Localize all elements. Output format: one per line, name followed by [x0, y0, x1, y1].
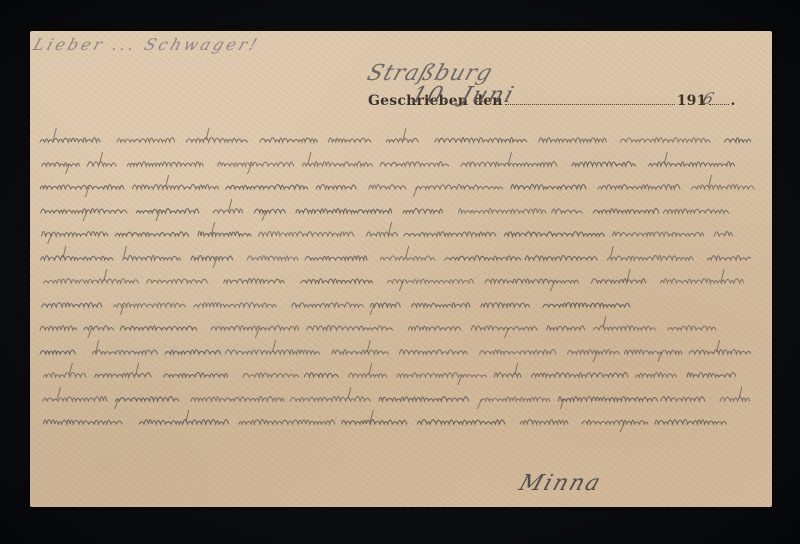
handwritten-word	[689, 349, 751, 353]
handwritten-word	[123, 255, 181, 259]
handwritten-word	[720, 397, 750, 401]
handwritten-word	[399, 349, 467, 353]
handwritten-word	[87, 161, 116, 165]
handwritten-greeting: Lieber ... Schwager!	[31, 35, 262, 54]
handwritten-word	[539, 138, 606, 142]
handwritten-word	[397, 373, 487, 377]
handwritten-word	[218, 162, 294, 166]
handwritten-word	[471, 326, 537, 330]
handwritten-word	[43, 420, 122, 424]
handwritten-word	[480, 349, 556, 353]
handwritten-line	[36, 291, 766, 315]
handwritten-word	[572, 161, 635, 165]
handwritten-word	[613, 232, 704, 236]
handwritten-word	[525, 255, 597, 259]
handwritten-word	[226, 185, 308, 189]
handwritten-word	[403, 208, 442, 212]
handwritten-word	[247, 255, 298, 259]
handwritten-line	[36, 314, 766, 338]
handwritten-line	[36, 150, 766, 174]
handwritten-word	[708, 255, 751, 259]
handwritten-word	[191, 255, 232, 259]
handwritten-word	[194, 302, 277, 306]
handwritten-body	[36, 126, 766, 432]
handwritten-word	[547, 326, 585, 330]
handwritten-word	[582, 420, 648, 424]
handwritten-word	[114, 302, 185, 306]
handwritten-word	[147, 279, 208, 283]
handwritten-word	[349, 373, 387, 377]
handwritten-word	[213, 208, 242, 212]
handwritten-line	[36, 385, 766, 409]
handwritten-word	[43, 396, 107, 400]
handwritten-word	[136, 208, 198, 212]
handwritten-word	[41, 255, 113, 259]
handwritten-line	[36, 267, 766, 291]
handwritten-word	[224, 279, 284, 283]
handwritten-word	[558, 396, 657, 400]
handwritten-word	[93, 349, 158, 353]
handwritten-line	[36, 197, 766, 221]
postcard: Lieber ... Schwager! Straßburg Geschrieb…	[30, 31, 772, 507]
handwritten-word	[139, 420, 228, 424]
handwritten-word	[186, 138, 247, 142]
handwritten-word	[552, 208, 583, 212]
handwritten-word	[655, 420, 726, 424]
handwritten-line	[36, 408, 766, 432]
handwritten-word	[41, 208, 127, 212]
handwritten-date: 10. Juni	[408, 83, 518, 108]
handwritten-word	[661, 279, 744, 283]
handwritten-word	[481, 302, 530, 306]
handwritten-word	[369, 185, 406, 189]
handwritten-word	[608, 255, 694, 259]
handwritten-word	[191, 396, 284, 400]
handwritten-word	[332, 349, 388, 353]
handwritten-word	[668, 326, 716, 330]
handwritten-word	[128, 161, 204, 165]
handwritten-word	[412, 302, 470, 306]
handwritten-word	[328, 138, 370, 142]
handwritten-word	[386, 138, 418, 142]
handwritten-word	[40, 138, 100, 142]
handwritten-word	[95, 373, 151, 377]
handwritten-word	[380, 161, 448, 165]
handwritten-word	[296, 208, 392, 212]
handwritten-line	[36, 338, 766, 362]
handwritten-word	[40, 185, 123, 189]
handwritten-word	[164, 373, 228, 377]
handwritten-word	[408, 326, 460, 330]
handwritten-word	[593, 208, 658, 212]
handwritten-line	[36, 126, 766, 150]
handwritten-word	[84, 326, 114, 330]
handwritten-word	[649, 161, 735, 165]
handwritten-word	[520, 420, 568, 424]
handwritten-word	[292, 302, 364, 306]
handwritten-word	[165, 349, 221, 353]
handwritten-word	[342, 420, 407, 424]
handwritten-word	[44, 373, 86, 377]
handwritten-word	[379, 396, 469, 400]
handwritten-word	[445, 255, 521, 259]
handwritten-word	[367, 232, 398, 236]
handwritten-word	[316, 185, 356, 189]
handwritten-line	[36, 361, 766, 385]
handwritten-word	[42, 162, 80, 166]
handwritten-word	[620, 138, 710, 142]
handwritten-word	[198, 232, 251, 236]
handwritten-word	[132, 185, 218, 189]
handwritten-word	[416, 185, 503, 189]
handwritten-word	[387, 279, 473, 283]
handwritten-word	[687, 373, 736, 377]
handwritten-word	[636, 373, 677, 377]
handwritten-word	[435, 138, 527, 142]
handwritten-word	[724, 138, 750, 142]
handwritten-word	[692, 185, 754, 189]
handwritten-word	[303, 161, 373, 165]
handwritten-word	[115, 232, 188, 236]
handwritten-word	[531, 373, 627, 377]
handwritten-word	[505, 232, 605, 236]
handwritten-signature: Minna	[516, 471, 605, 496]
handwritten-word	[568, 349, 620, 353]
handwritten-word	[243, 373, 298, 377]
handwritten-line	[36, 173, 766, 197]
handwritten-word	[117, 138, 174, 142]
handwritten-word	[301, 279, 373, 283]
handwritten-word	[485, 279, 578, 283]
handwritten-word	[481, 396, 550, 400]
handwritten-word	[370, 302, 400, 306]
handwritten-word	[511, 185, 586, 189]
handwritten-word	[120, 326, 197, 330]
printed-period: .	[731, 93, 736, 109]
handwritten-word	[380, 255, 434, 259]
handwritten-word	[259, 232, 354, 236]
handwritten-word	[625, 349, 682, 353]
handwritten-word	[305, 255, 367, 259]
handwritten-word	[260, 138, 317, 142]
handwritten-word	[663, 208, 728, 212]
handwritten-word	[42, 302, 102, 306]
handwritten-word	[661, 396, 705, 400]
handwritten-word	[598, 185, 680, 189]
handwritten-word	[290, 396, 370, 400]
photo-background: Lieber ... Schwager! Straßburg Geschrieb…	[0, 0, 800, 544]
handwritten-word	[591, 279, 645, 283]
handwritten-word	[40, 326, 77, 330]
handwritten-word	[116, 396, 179, 400]
handwritten-word	[304, 373, 338, 377]
handwritten-word	[44, 279, 139, 283]
handwritten-word	[417, 420, 504, 424]
handwritten-word	[543, 302, 630, 306]
handwritten-word	[239, 420, 335, 424]
handwritten-word	[714, 232, 732, 236]
handwritten-word	[494, 373, 520, 377]
handwritten-word	[211, 326, 298, 330]
handwritten-word	[254, 209, 285, 213]
handwritten-word	[404, 232, 496, 236]
handwritten-word	[307, 326, 393, 330]
handwritten-line	[36, 244, 766, 268]
date-dotted-line	[505, 94, 675, 105]
handwritten-line	[36, 220, 766, 244]
handwritten-word	[459, 208, 546, 212]
handwritten-word	[40, 349, 75, 353]
